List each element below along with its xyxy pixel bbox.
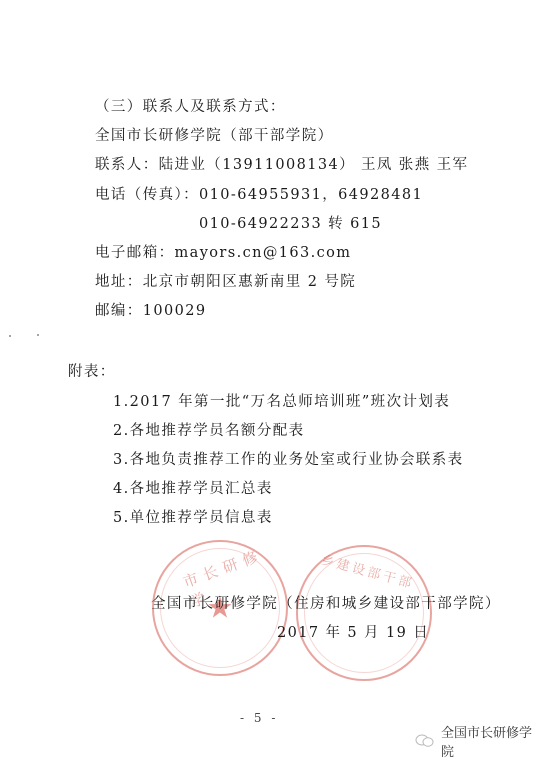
attachment-item-1: 1.2017 年第一批“万名总师培训班”班次计划表 [113,393,450,411]
watermark-text: 全国市长研修学院 [441,722,537,759]
contact-postcode: 邮编：100029 [95,302,206,320]
contact-phone-2: 010-64922233 转 615 [199,215,382,233]
wechat-icon [415,734,435,748]
wechat-watermark: 全国市长研修学院 [415,722,537,759]
attachment-item-5: 5.单位推荐学员信息表 [113,509,273,527]
attachment-item-2: 2.各地推荐学员名额分配表 [113,422,305,440]
scan-speck [9,335,11,337]
issue-date: 2017 年 5 月 19 日 [277,624,429,642]
contact-persons: 联系人：陆进业（13911008134） 王凤 张燕 王军 [95,156,468,174]
attachment-item-3: 3.各地负责推荐工作的业务处室或行业协会联系表 [113,451,464,469]
attachment-item-4: 4.各地推荐学员汇总表 [113,480,273,498]
issuer-name: 全国市长研修学院（住房和城乡建设部干部学院） [151,595,501,613]
contact-address: 地址：北京市朝阳区惠新南里 2 号院 [95,273,356,291]
scan-speck [37,334,39,336]
attachments-label: 附表： [68,363,116,381]
contact-heading: （三）联系人及联系方式： [95,98,286,116]
page-number: - 5 - [240,711,278,725]
official-seal-right: 乡建设部干部 [296,545,432,681]
contact-email: 电子邮箱：mayors.cn@163.com [95,244,351,262]
contact-phone: 电话（传真）：010-64955931，64928481 [95,186,423,204]
contact-organization: 全国市长研修学院（部干部学院） [95,127,334,145]
